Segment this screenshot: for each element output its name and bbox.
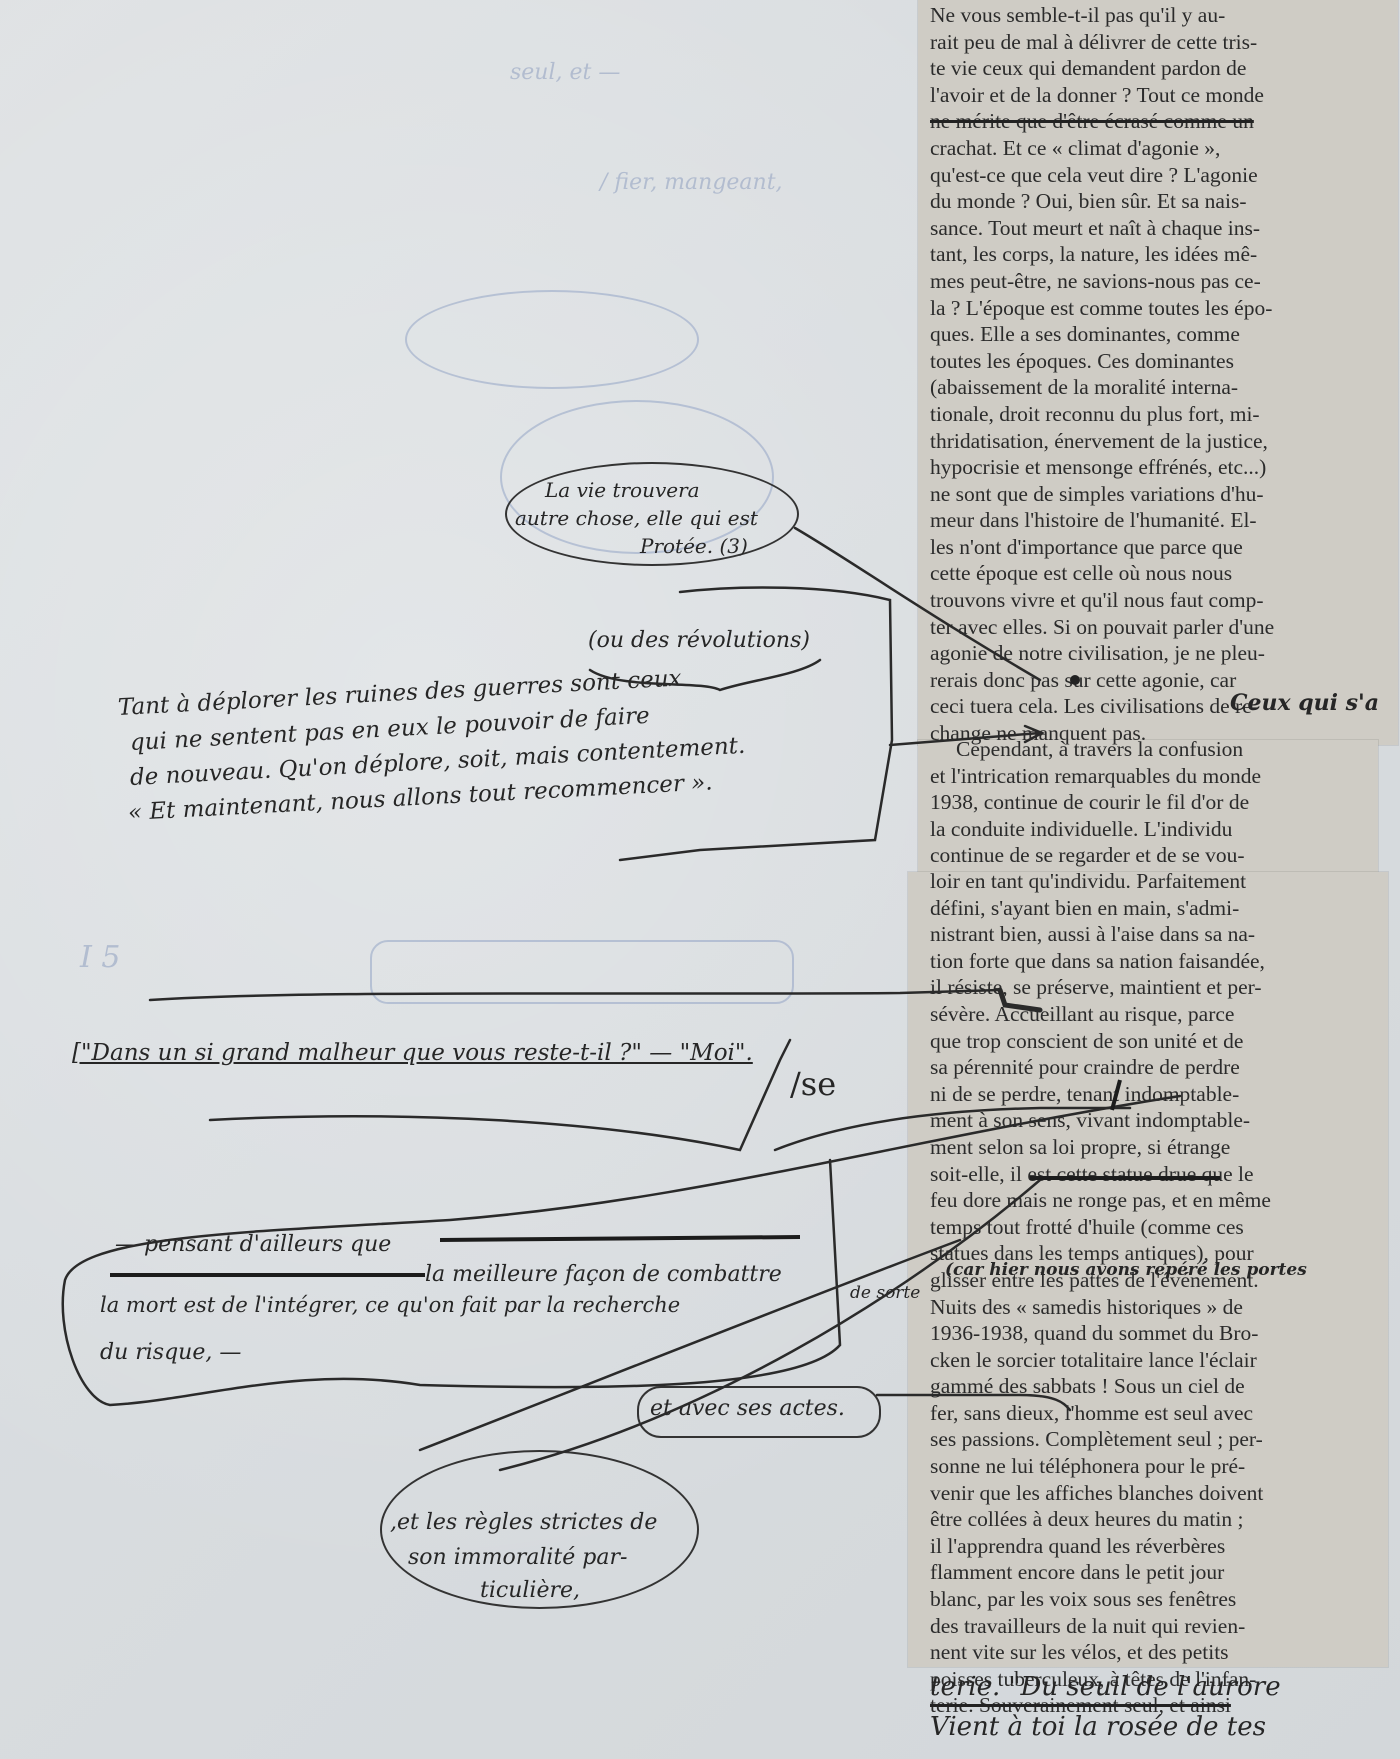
ink-strokes [0, 0, 1400, 1759]
connector-to-soit-elle [500, 1180, 1040, 1470]
connector-actes [877, 1395, 1070, 1410]
connector-regles [420, 1240, 960, 1450]
bubble-middle-outline [63, 1096, 1180, 1405]
connector-line [795, 528, 1040, 680]
bracket-paragraph [620, 587, 892, 860]
arrow-to-cependant [890, 733, 1040, 745]
strikeout-scribble [440, 1237, 800, 1240]
brace-revolutions [590, 660, 820, 690]
rule-above-quote [150, 990, 1000, 1000]
ink-dot [1070, 675, 1080, 685]
bracket-E [1000, 990, 1040, 1010]
rule-under-quote [210, 1040, 790, 1150]
